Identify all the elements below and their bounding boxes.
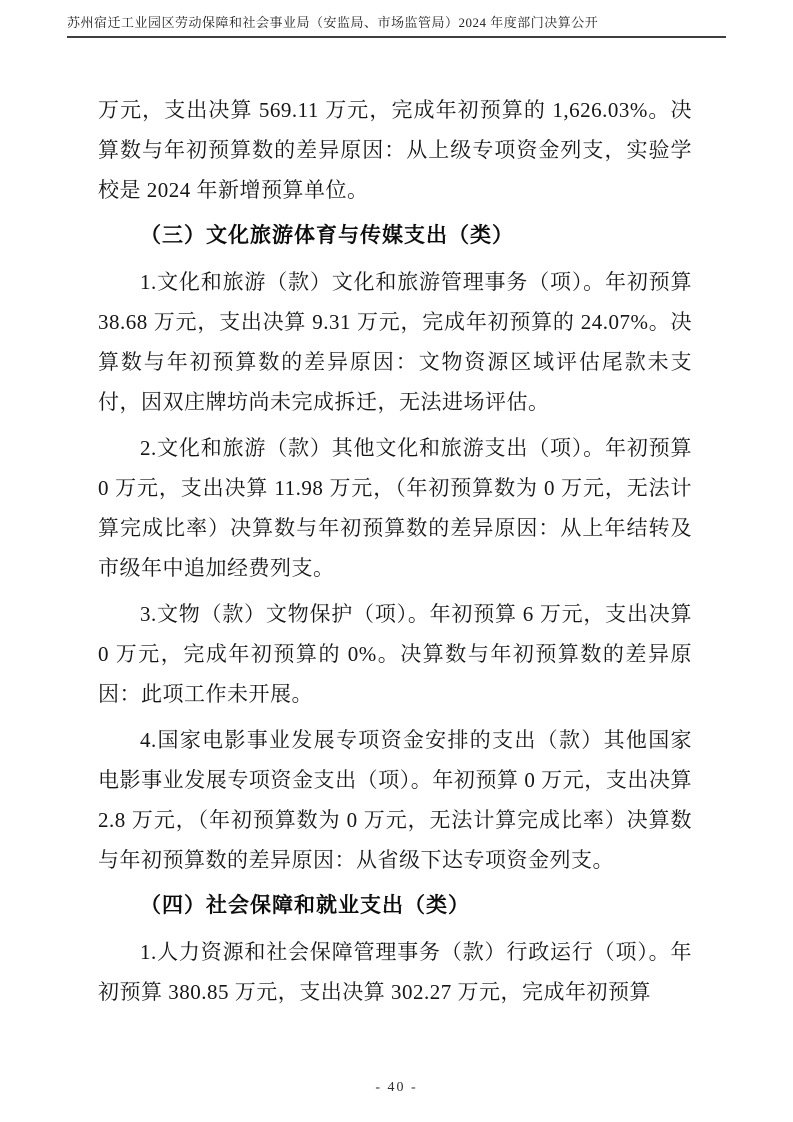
page-footer: - 40 - [0, 1080, 793, 1096]
paragraph-item-2: 2.文化和旅游（款）其他文化和旅游支出（项）。年初预算 0 万元，支出决算 11… [98, 428, 692, 588]
document-body: 万元，支出决算 569.11 万元，完成年初预算的 1,626.03%。决算数与… [98, 90, 692, 1018]
paragraph-item-4: 4.国家电影事业发展专项资金安排的支出（款）其他国家电影事业发展专项资金支出（项… [98, 720, 692, 880]
paragraph-item-3: 3.文物（款）文物保护（项）。年初预算 6 万元，支出决算 0 万元，完成年初预… [98, 594, 692, 714]
document-page: 苏州宿迁工业园区劳动保障和社会事业局（安监局、市场监管局）2024 年度部门决算… [0, 0, 793, 1122]
paragraph-continued: 万元，支出决算 569.11 万元，完成年初预算的 1,626.03%。决算数与… [98, 90, 692, 210]
section-heading-3: （三）文化旅游体育与传媒支出（类） [98, 216, 692, 256]
page-header-title: 苏州宿迁工业园区劳动保障和社会事业局（安监局、市场监管局）2024 年度部门决算… [67, 15, 598, 30]
paragraph-item-1: 1.文化和旅游（款）文化和旅游管理事务（项）。年初预算 38.68 万元，支出决… [98, 262, 692, 422]
section-heading-4: （四）社会保障和就业支出（类） [98, 886, 692, 926]
page-number: - 40 - [375, 1080, 417, 1095]
paragraph-item-5: 1.人力资源和社会保障管理事务（款）行政运行（项）。年初预算 380.85 万元… [98, 932, 692, 1012]
page-header: 苏州宿迁工业园区劳动保障和社会事业局（安监局、市场监管局）2024 年度部门决算… [67, 14, 726, 38]
